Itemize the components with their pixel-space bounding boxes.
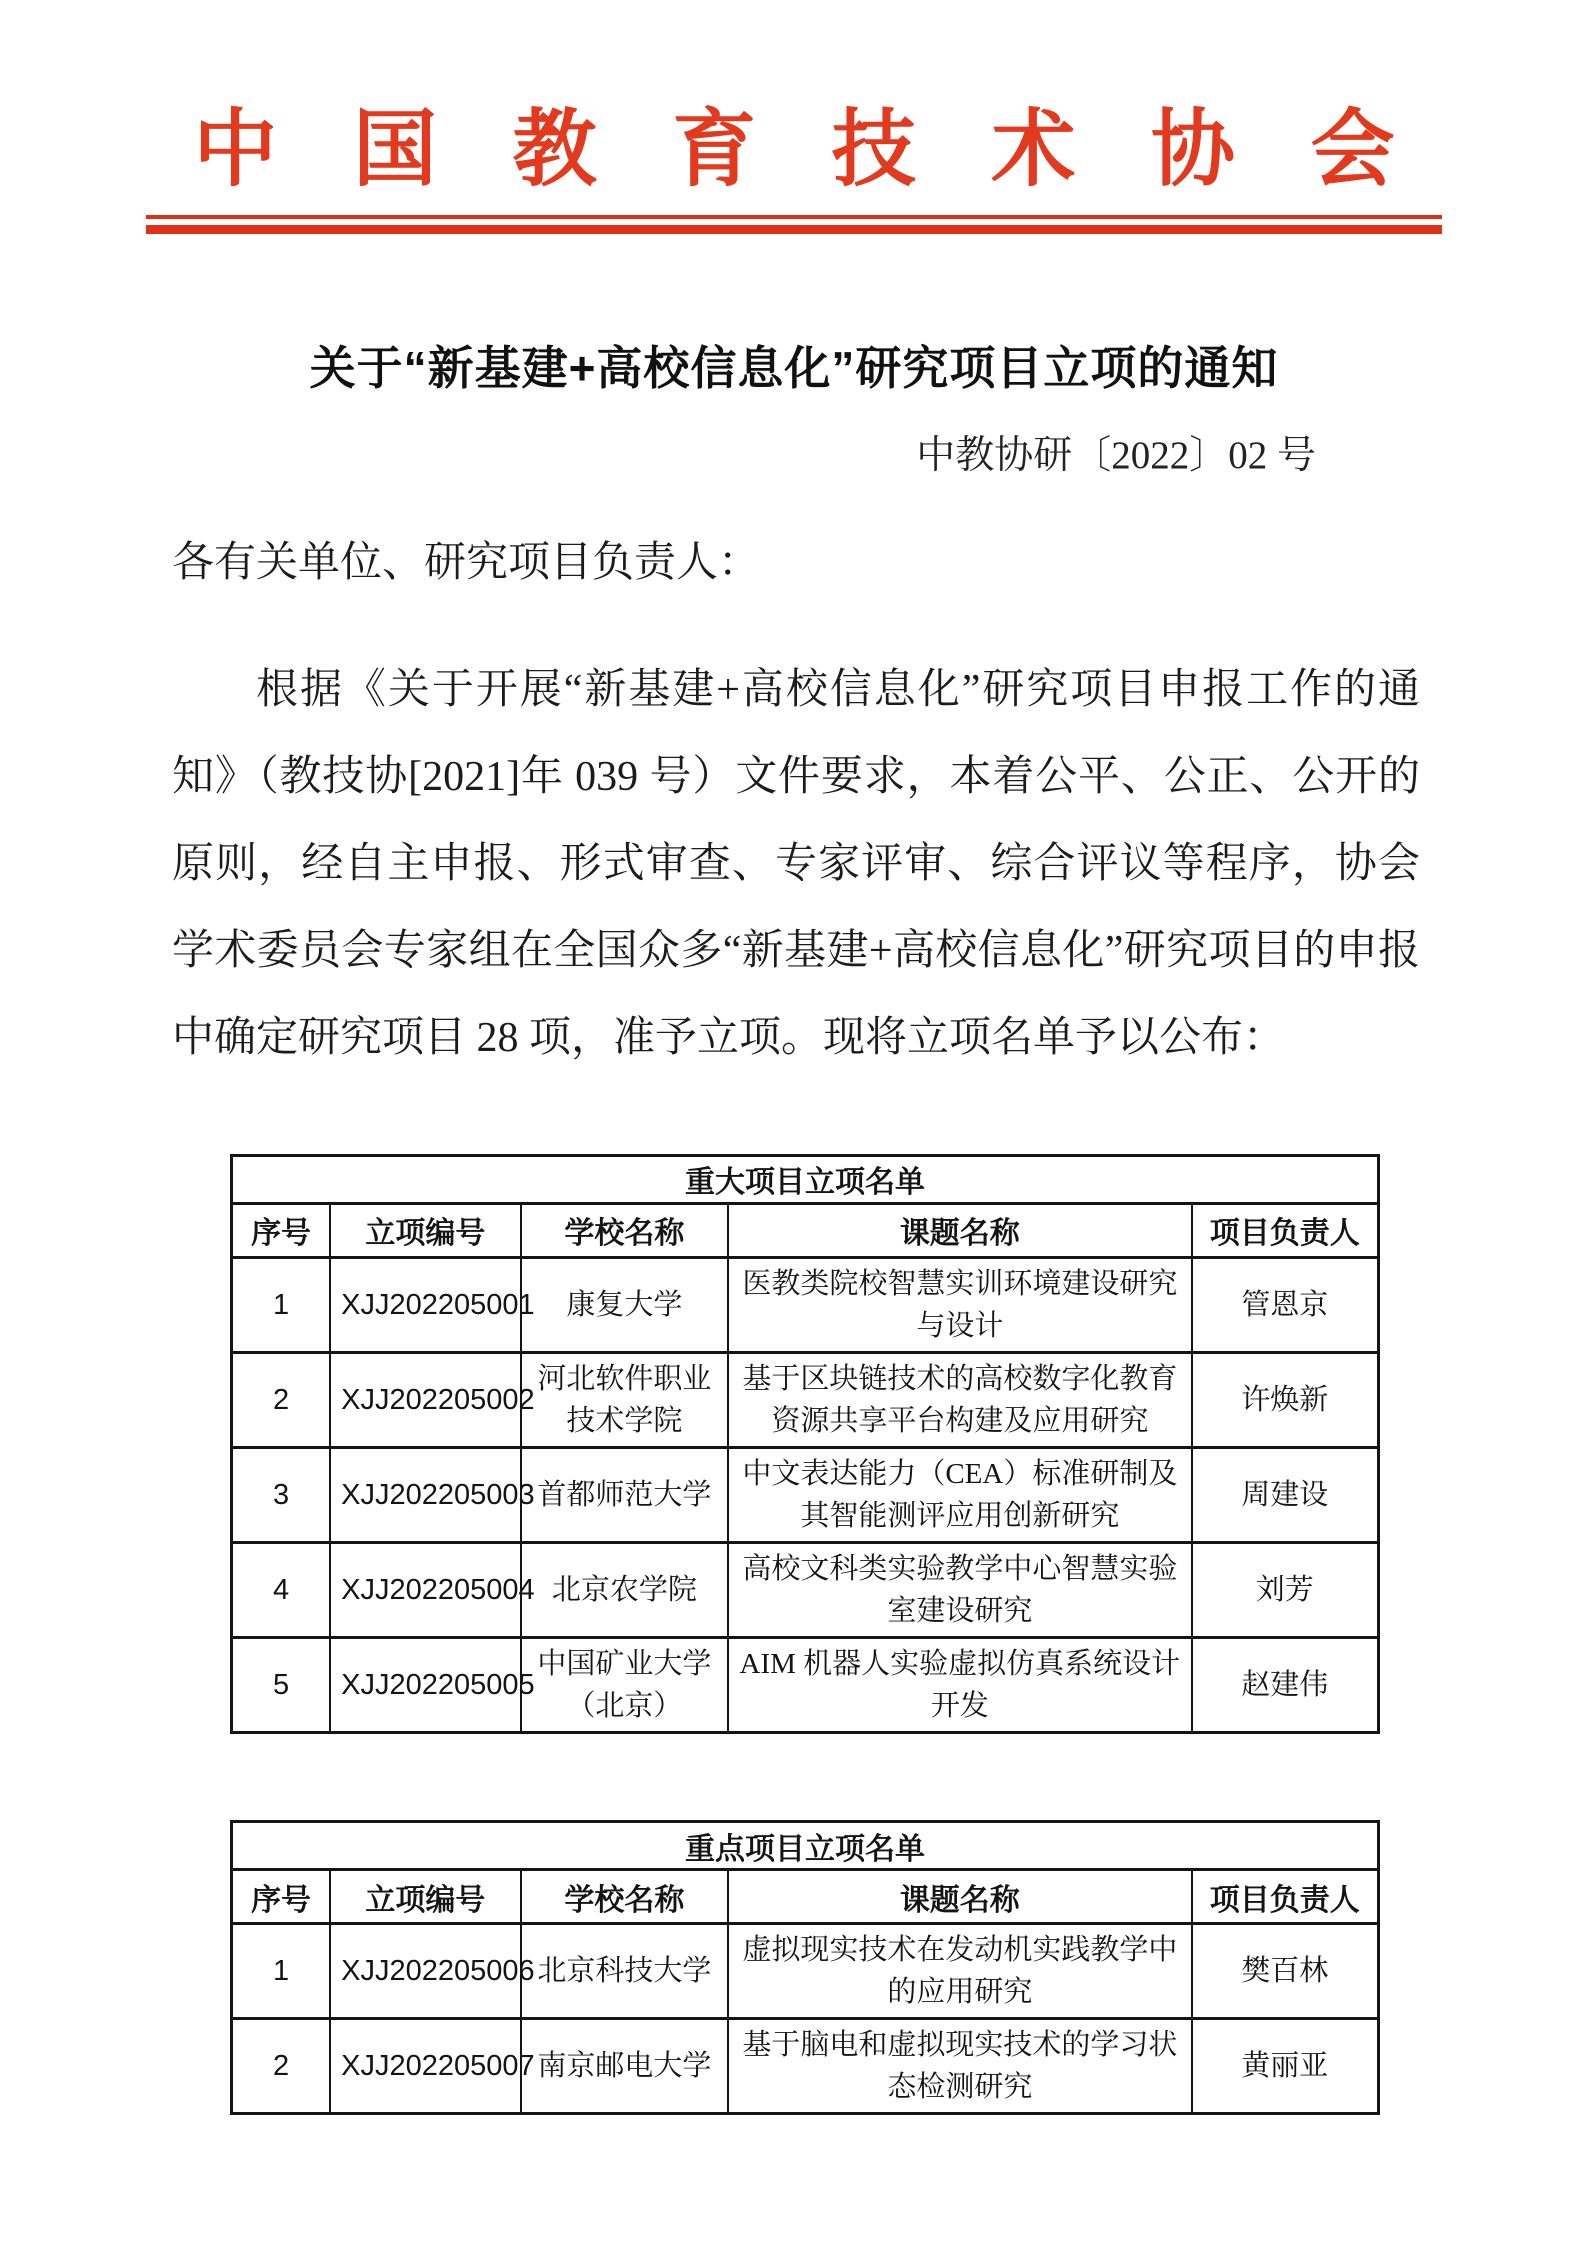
table-cell: 河北软件职业技术学院: [521, 1352, 729, 1447]
table-cell: XJJ202205007: [330, 2019, 520, 2114]
table-cell: 北京农学院: [521, 1543, 729, 1638]
red-rule-thin: [146, 215, 1442, 219]
table-cell: XJJ202205003: [330, 1448, 520, 1543]
table-cell: 康复大学: [521, 1257, 729, 1352]
column-header: 序号: [232, 1870, 331, 1924]
table-title-row: 重大项目立项名单: [232, 1155, 1379, 1203]
body-paragraph: 根据《关于开展“新基建+高校信息化”研究项目申报工作的通知》（教技协[2021]…: [172, 647, 1420, 1082]
major-projects-table-container: 重大项目立项名单序号立项编号学校名称课题名称项目负责人1XJJ202205001…: [230, 1154, 1380, 1734]
projects-table: 重大项目立项名单序号立项编号学校名称课题名称项目负责人1XJJ202205001…: [230, 1154, 1380, 1734]
letterhead-rules: [146, 215, 1442, 234]
table-row: 5XJJ202205005中国矿业大学（北京）AIM 机器人实验虚拟仿真系统设计…: [232, 1638, 1379, 1733]
table-cell: 许焕新: [1192, 1352, 1379, 1447]
table-cell: 南京邮电大学: [521, 2019, 729, 2114]
column-header: 立项编号: [330, 1870, 520, 1924]
table-cell: 5: [232, 1638, 331, 1733]
table-cell: XJJ202205001: [330, 1257, 520, 1352]
table-cell: 首都师范大学: [521, 1448, 729, 1543]
table-row: 2XJJ202205007南京邮电大学基于脑电和虚拟现实技术的学习状态检测研究黄…: [232, 2019, 1379, 2114]
salutation: 各有关单位、研究项目负责人：: [172, 520, 1420, 607]
table-cell: 4: [232, 1543, 331, 1638]
document-title: 关于“新基建+高校信息化”研究项目立项的通知: [0, 332, 1588, 398]
table-cell: AIM 机器人实验虚拟仿真系统设计开发: [728, 1638, 1191, 1733]
table-cell: 2: [232, 2019, 331, 2114]
table-cell: XJJ202205002: [330, 1352, 520, 1447]
table-cell: 中国矿业大学（北京）: [521, 1638, 729, 1733]
column-header: 课题名称: [728, 1870, 1191, 1924]
table-row: 2XJJ202205002河北软件职业技术学院基于区块链技术的高校数字化教育资源…: [232, 1352, 1379, 1447]
column-header: 学校名称: [521, 1870, 729, 1924]
projects-table: 重点项目立项名单序号立项编号学校名称课题名称项目负责人1XJJ202205006…: [230, 1820, 1380, 2115]
table-cell: 樊百林: [1192, 1924, 1379, 2019]
table-cell: 3: [232, 1448, 331, 1543]
table-cell: XJJ202205005: [330, 1638, 520, 1733]
red-rule-thick: [146, 225, 1442, 234]
table-row: 1XJJ202205006北京科技大学虚拟现实技术在发动机实践教学中的应用研究樊…: [232, 1924, 1379, 2019]
table-cell: 管恩京: [1192, 1257, 1379, 1352]
column-header: 序号: [232, 1203, 331, 1257]
table-cell: 基于区块链技术的高校数字化教育资源共享平台构建及应用研究: [728, 1352, 1191, 1447]
table-title: 重大项目立项名单: [232, 1155, 1379, 1203]
table-cell: XJJ202205004: [330, 1543, 520, 1638]
column-header: 课题名称: [728, 1203, 1191, 1257]
column-header: 项目负责人: [1192, 1870, 1379, 1924]
table-row: 3XJJ202205003首都师范大学中文表达能力（CEA）标准研制及其智能测评…: [232, 1448, 1379, 1543]
table-cell: 刘芳: [1192, 1543, 1379, 1638]
table-cell: 中文表达能力（CEA）标准研制及其智能测评应用创新研究: [728, 1448, 1191, 1543]
table-header-row: 序号立项编号学校名称课题名称项目负责人: [232, 1203, 1379, 1257]
table-cell: 高校文科类实验教学中心智慧实验室建设研究: [728, 1543, 1191, 1638]
org-name: 中国教育技术协会: [0, 0, 1588, 205]
key-projects-table-container: 重点项目立项名单序号立项编号学校名称课题名称项目负责人1XJJ202205006…: [230, 1820, 1380, 2115]
table-cell: 医教类院校智慧实训环境建设研究与设计: [728, 1257, 1191, 1352]
column-header: 立项编号: [330, 1203, 520, 1257]
document-number: 中教协研〔2022〕02 号: [0, 424, 1588, 480]
table-cell: XJJ202205006: [330, 1924, 520, 2019]
table-cell: 赵建伟: [1192, 1638, 1379, 1733]
table-cell: 1: [232, 1924, 331, 2019]
table-title: 重点项目立项名单: [232, 1822, 1379, 1870]
table-cell: 2: [232, 1352, 331, 1447]
table-cell: 1: [232, 1257, 331, 1352]
table-header-row: 序号立项编号学校名称课题名称项目负责人: [232, 1870, 1379, 1924]
table-row: 4XJJ202205004北京农学院高校文科类实验教学中心智慧实验室建设研究刘芳: [232, 1543, 1379, 1638]
table-row: 1XJJ202205001康复大学医教类院校智慧实训环境建设研究与设计管恩京: [232, 1257, 1379, 1352]
column-header: 学校名称: [521, 1203, 729, 1257]
table-cell: 黄丽亚: [1192, 2019, 1379, 2114]
table-cell: 基于脑电和虚拟现实技术的学习状态检测研究: [728, 2019, 1191, 2114]
table-cell: 北京科技大学: [521, 1924, 729, 2019]
table-cell: 周建设: [1192, 1448, 1379, 1543]
table-cell: 虚拟现实技术在发动机实践教学中的应用研究: [728, 1924, 1191, 2019]
column-header: 项目负责人: [1192, 1203, 1379, 1257]
table-title-row: 重点项目立项名单: [232, 1822, 1379, 1870]
